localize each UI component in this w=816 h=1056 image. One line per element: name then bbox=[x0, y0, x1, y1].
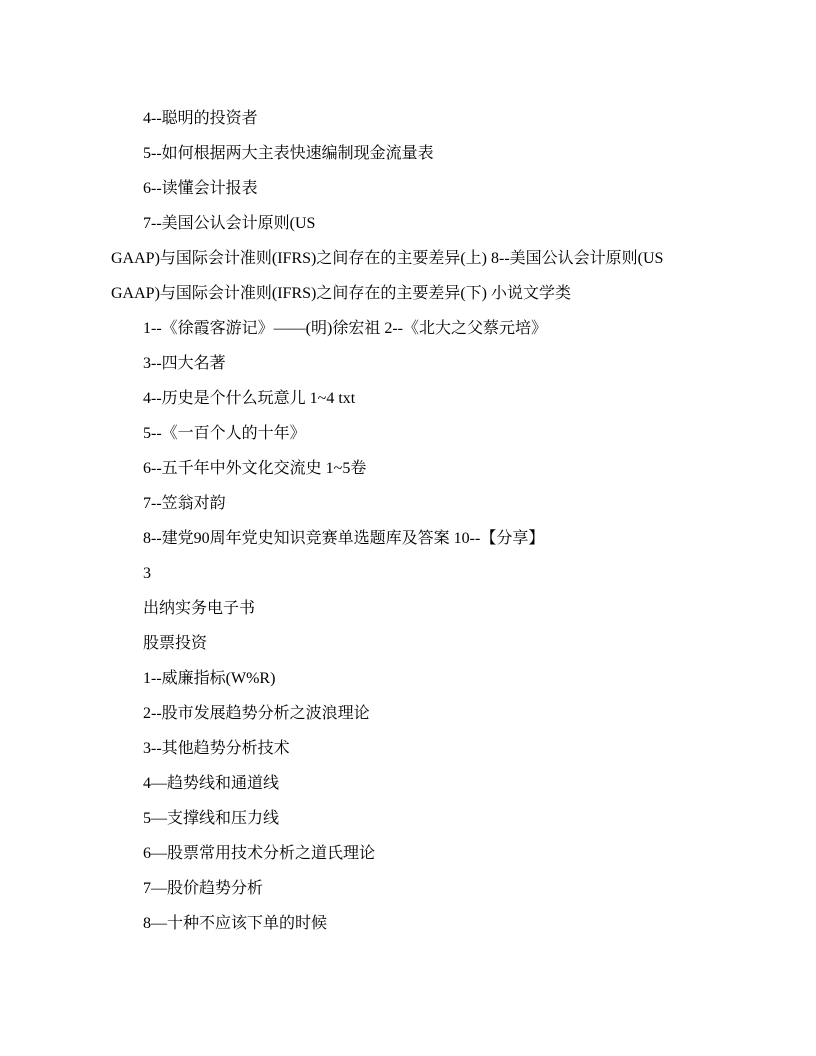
text-line: 4--聪明的投资者 bbox=[111, 101, 726, 136]
text-line: 6--读懂会计报表 bbox=[111, 171, 726, 206]
text-line: 4--历史是个什么玩意儿 1~4 txt bbox=[111, 381, 726, 416]
text-line: 3 bbox=[111, 556, 726, 591]
document-page: 4--聪明的投资者 5--如何根据两大主表快速编制现金流量表 6--读懂会计报表… bbox=[0, 0, 816, 1056]
text-line: 5—支撑线和压力线 bbox=[111, 801, 726, 836]
text-line: 1--威廉指标(W%R) bbox=[111, 661, 726, 696]
text-line: 6—股票常用技术分析之道氏理论 bbox=[111, 836, 726, 871]
text-line: 2--股市发展趋势分析之波浪理论 bbox=[111, 696, 726, 731]
text-line: 7--笠翁对韵 bbox=[111, 486, 726, 521]
text-line: 7--美国公认会计原则(US bbox=[111, 206, 726, 241]
text-line: 8--建党90周年党史知识竞赛单选题库及答案 10--【分享】 bbox=[111, 521, 726, 556]
text-line: GAAP)与国际会计准则(IFRS)之间存在的主要差异(下) 小说文学类 bbox=[111, 276, 726, 311]
text-line: 5--《一百个人的十年》 bbox=[111, 416, 726, 451]
text-line: 8—十种不应该下单的时候 bbox=[111, 906, 726, 941]
text-line: 6--五千年中外文化交流史 1~5卷 bbox=[111, 451, 726, 486]
text-line: 1--《徐霞客游记》——(明)徐宏祖 2--《北大之父蔡元培》 bbox=[111, 311, 726, 346]
text-line: 7—股价趋势分析 bbox=[111, 871, 726, 906]
text-line: 股票投资 bbox=[111, 626, 726, 661]
text-line: 3--其他趋势分析技术 bbox=[111, 731, 726, 766]
text-line: 出纳实务电子书 bbox=[111, 591, 726, 626]
text-line: GAAP)与国际会计准则(IFRS)之间存在的主要差异(上) 8--美国公认会计… bbox=[111, 241, 726, 276]
text-line: 4—趋势线和通道线 bbox=[111, 766, 726, 801]
text-line: 3--四大名著 bbox=[111, 346, 726, 381]
text-line: 5--如何根据两大主表快速编制现金流量表 bbox=[111, 136, 726, 171]
